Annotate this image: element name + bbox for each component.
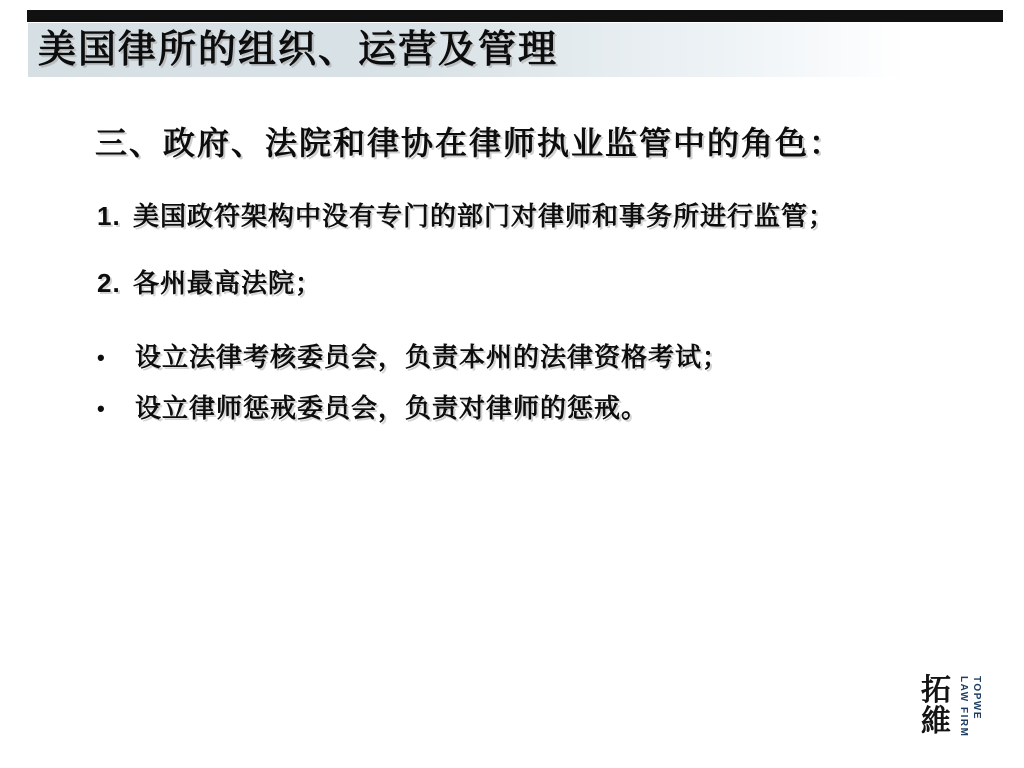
bullet-item: • 设立律师惩戒委员会，负责对律师的惩戒。 [97, 392, 648, 425]
logo-en-line1: TOPWE [970, 676, 983, 744]
numbered-item: 2. 各州最高法院； [97, 267, 322, 300]
item-number: 1. [97, 200, 133, 233]
section-heading: 三、政府、法院和律协在律师执业监管中的角色： [95, 124, 843, 162]
bullet-item: • 设立法律考核委员会，负责本州的法律资格考试； [97, 341, 729, 374]
bullet-icon: • [97, 341, 135, 374]
slide-title-banner: 美国律所的组织、运营及管理 [28, 23, 1003, 77]
slide-title: 美国律所的组织、运营及管理 [38, 23, 558, 77]
bullet-icon: • [97, 392, 135, 425]
logo-english-text: TOPWE LAW FIRM [956, 676, 983, 744]
logo-hanzi-top: 拓 [917, 675, 955, 706]
presentation-slide: 美国律所的组织、运营及管理 三、政府、法院和律协在律师执业监管中的角色： 1. … [0, 0, 1024, 768]
logo-en-line2: LAW FIRM [957, 676, 970, 744]
item-text: 各州最高法院； [133, 267, 322, 300]
topwe-law-firm-logo: 拓 維 TOPWE LAW FIRM [915, 673, 987, 745]
logo-hanzi-characters: 拓 維 [917, 675, 955, 737]
logo-hanzi-bottom: 維 [917, 706, 955, 737]
top-accent-bar [27, 10, 1003, 22]
item-text: 美国政符架构中没有专门的部门对律师和事务所进行监管； [133, 200, 835, 233]
bullet-text: 设立律师惩戒委员会，负责对律师的惩戒。 [135, 392, 648, 425]
logo-english-name: TOPWE LAW FIRM [956, 676, 983, 744]
bullet-text: 设立法律考核委员会，负责本州的法律资格考试； [135, 341, 729, 374]
item-number: 2. [97, 267, 133, 300]
numbered-item: 1. 美国政符架构中没有专门的部门对律师和事务所进行监管； [97, 200, 835, 233]
